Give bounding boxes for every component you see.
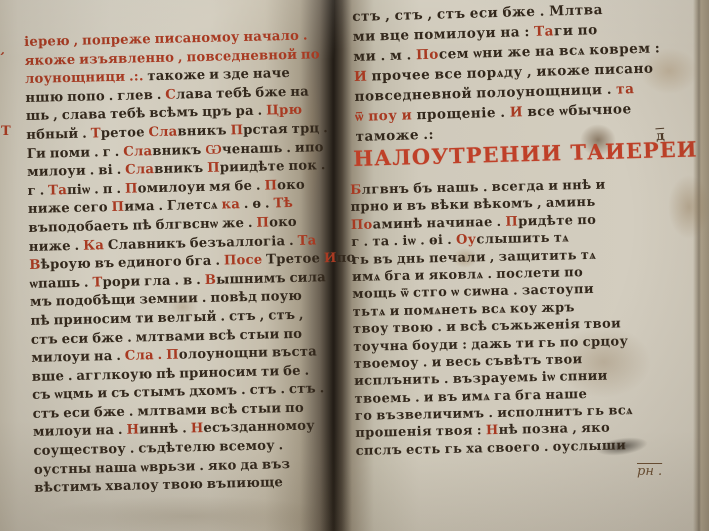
black-ink-text: есъзданномоу — [203, 419, 315, 437]
black-ink-text: ншю попо . глев . — [25, 88, 165, 106]
black-ink-text: вникъ — [152, 142, 205, 158]
black-ink-text: олоунощни въста — [179, 345, 317, 363]
red-ink-text: Сла — [125, 162, 154, 178]
red-ink-text: По — [416, 47, 439, 64]
red-ink-text: В — [29, 258, 41, 273]
left-page-text: іерею , попреже писаномоу начало .якоже … — [24, 27, 336, 499]
red-ink-text: Црю — [266, 103, 302, 119]
black-ink-text: ги по — [554, 22, 598, 39]
black-ink-text: шь , слава тебѣ всѣмъ цръ ра . — [26, 104, 267, 124]
red-ink-text: лоунощници .:. — [25, 69, 148, 87]
black-ink-text: нбный . — [26, 126, 91, 142]
black-ink-text: соуществоу . съдѣтелю всемоу . — [33, 438, 283, 459]
black-ink-text: око — [269, 215, 297, 231]
red-ink-text: Сла . П — [125, 348, 179, 364]
quire-margin-mark: д — [655, 129, 665, 145]
black-ink-text: ѡпашь . — [30, 275, 93, 291]
red-ink-text: Та — [534, 23, 554, 40]
black-ink-text: ретое — [101, 125, 149, 141]
black-ink-text: иннѣ . — [139, 422, 191, 438]
black-ink-text: прошенія твоя : — [355, 424, 486, 442]
manuscript-photo: іерею , попреже писаномоу начало .якоже … — [0, 0, 709, 531]
red-ink-text: та — [616, 81, 635, 98]
red-ink-text: П — [125, 181, 138, 196]
black-ink-text: лава тебѣ бже на — [176, 84, 309, 102]
red-ink-text: И — [510, 104, 524, 120]
black-ink-text: рстая трц . — [243, 121, 328, 138]
black-ink-text: ѣроую въ единого бга . — [40, 254, 224, 273]
red-ink-text: И — [324, 251, 337, 266]
black-ink-text: вникъ — [177, 123, 230, 139]
red-ink-text: Тѣ — [273, 196, 293, 211]
red-ink-text: П — [264, 178, 277, 193]
black-ink-text: ридѣте по — [518, 213, 596, 230]
red-ink-text: По — [351, 217, 373, 232]
red-ink-text: Н — [486, 423, 499, 438]
black-ink-text: г . та . іѡ . ѳі . — [351, 233, 456, 250]
red-ink-text: Ѡ — [205, 142, 222, 157]
red-ink-text: ѿ поу и — [355, 107, 413, 125]
black-ink-text: милоуи . ві . — [27, 163, 125, 180]
red-ink-text: Т — [91, 126, 101, 141]
right-page-text-body: Блгвнъ бъ нашь . всегда и ннѣ ипрно и въ… — [350, 175, 700, 460]
black-ink-text: рори гла . в . — [102, 273, 205, 290]
red-ink-text: Т — [92, 275, 102, 290]
black-ink-text: нѣ позна , яко — [498, 421, 610, 438]
black-ink-text: риидѣте пок . — [220, 158, 326, 175]
black-ink-text: ниже . — [29, 238, 84, 254]
red-ink-text: Посе — [224, 253, 267, 269]
black-ink-text: г . — [27, 183, 48, 198]
red-ink-text: П — [505, 214, 518, 229]
red-ink-text: Н — [191, 422, 204, 437]
red-ink-text: Оу — [456, 233, 477, 248]
red-ink-text: С — [165, 87, 176, 102]
right-page-text-top: стъ , стъ , стъ еси бже . Млтвами вце по… — [352, 0, 700, 147]
folio-number: рн . — [637, 464, 662, 479]
black-ink-text: таможе .: — [355, 127, 434, 145]
black-ink-text: прощеніе . — [412, 105, 510, 124]
black-ink-text: піѡ . п . — [67, 182, 125, 198]
black-ink-text: ышнимъ сила — [216, 270, 326, 287]
black-ink-text: ченашь . ипо — [222, 140, 324, 157]
red-ink-text: Б — [350, 183, 362, 198]
red-ink-text: И — [354, 69, 368, 85]
black-ink-text: Славникъ безъаллогіа . — [104, 233, 298, 252]
red-ink-text: Ка — [83, 238, 104, 253]
red-ink-text: Сла — [123, 144, 152, 160]
black-ink-text: око — [277, 177, 305, 193]
red-ink-text: Та — [298, 233, 317, 248]
red-ink-text: ка — [221, 197, 240, 212]
black-ink-text: милоуи на . — [31, 349, 125, 366]
black-ink-text: въподобаеть пѣ блгвснѡ же . — [28, 216, 256, 236]
red-ink-text: Н — [126, 423, 139, 438]
black-ink-text: ми . м . — [353, 47, 416, 65]
black-ink-text: Ги поми . г . — [27, 144, 124, 161]
red-ink-text: Та — [48, 183, 67, 198]
black-ink-text: аминѣ начинае . — [372, 215, 505, 233]
red-ink-text: П — [256, 215, 269, 230]
black-ink-text: ниже сего — [28, 200, 112, 217]
black-ink-text: вѣстимъ хвалоу твою въпиюще — [34, 475, 283, 496]
red-ink-text: Сла — [148, 125, 177, 141]
red-ink-text: П — [207, 161, 220, 176]
black-ink-text: . ѳ . — [240, 197, 274, 213]
black-ink-text: Третое — [266, 251, 324, 267]
black-ink-text: слышить тѧ — [476, 231, 569, 248]
black-ink-text: има . Глетсѧ — [124, 198, 222, 215]
black-ink-text: все ѡбычное — [523, 101, 632, 120]
black-ink-text: милоуи на . — [33, 423, 127, 440]
left-edge-mark: Т — [1, 124, 11, 139]
red-ink-text: П — [111, 200, 124, 215]
black-ink-text: омилоуи мя бе . — [137, 178, 264, 196]
black-ink-text: вникъ — [154, 161, 207, 177]
black-ink-text: такоже и зде наче — [147, 66, 290, 84]
red-ink-text: П — [230, 123, 243, 138]
